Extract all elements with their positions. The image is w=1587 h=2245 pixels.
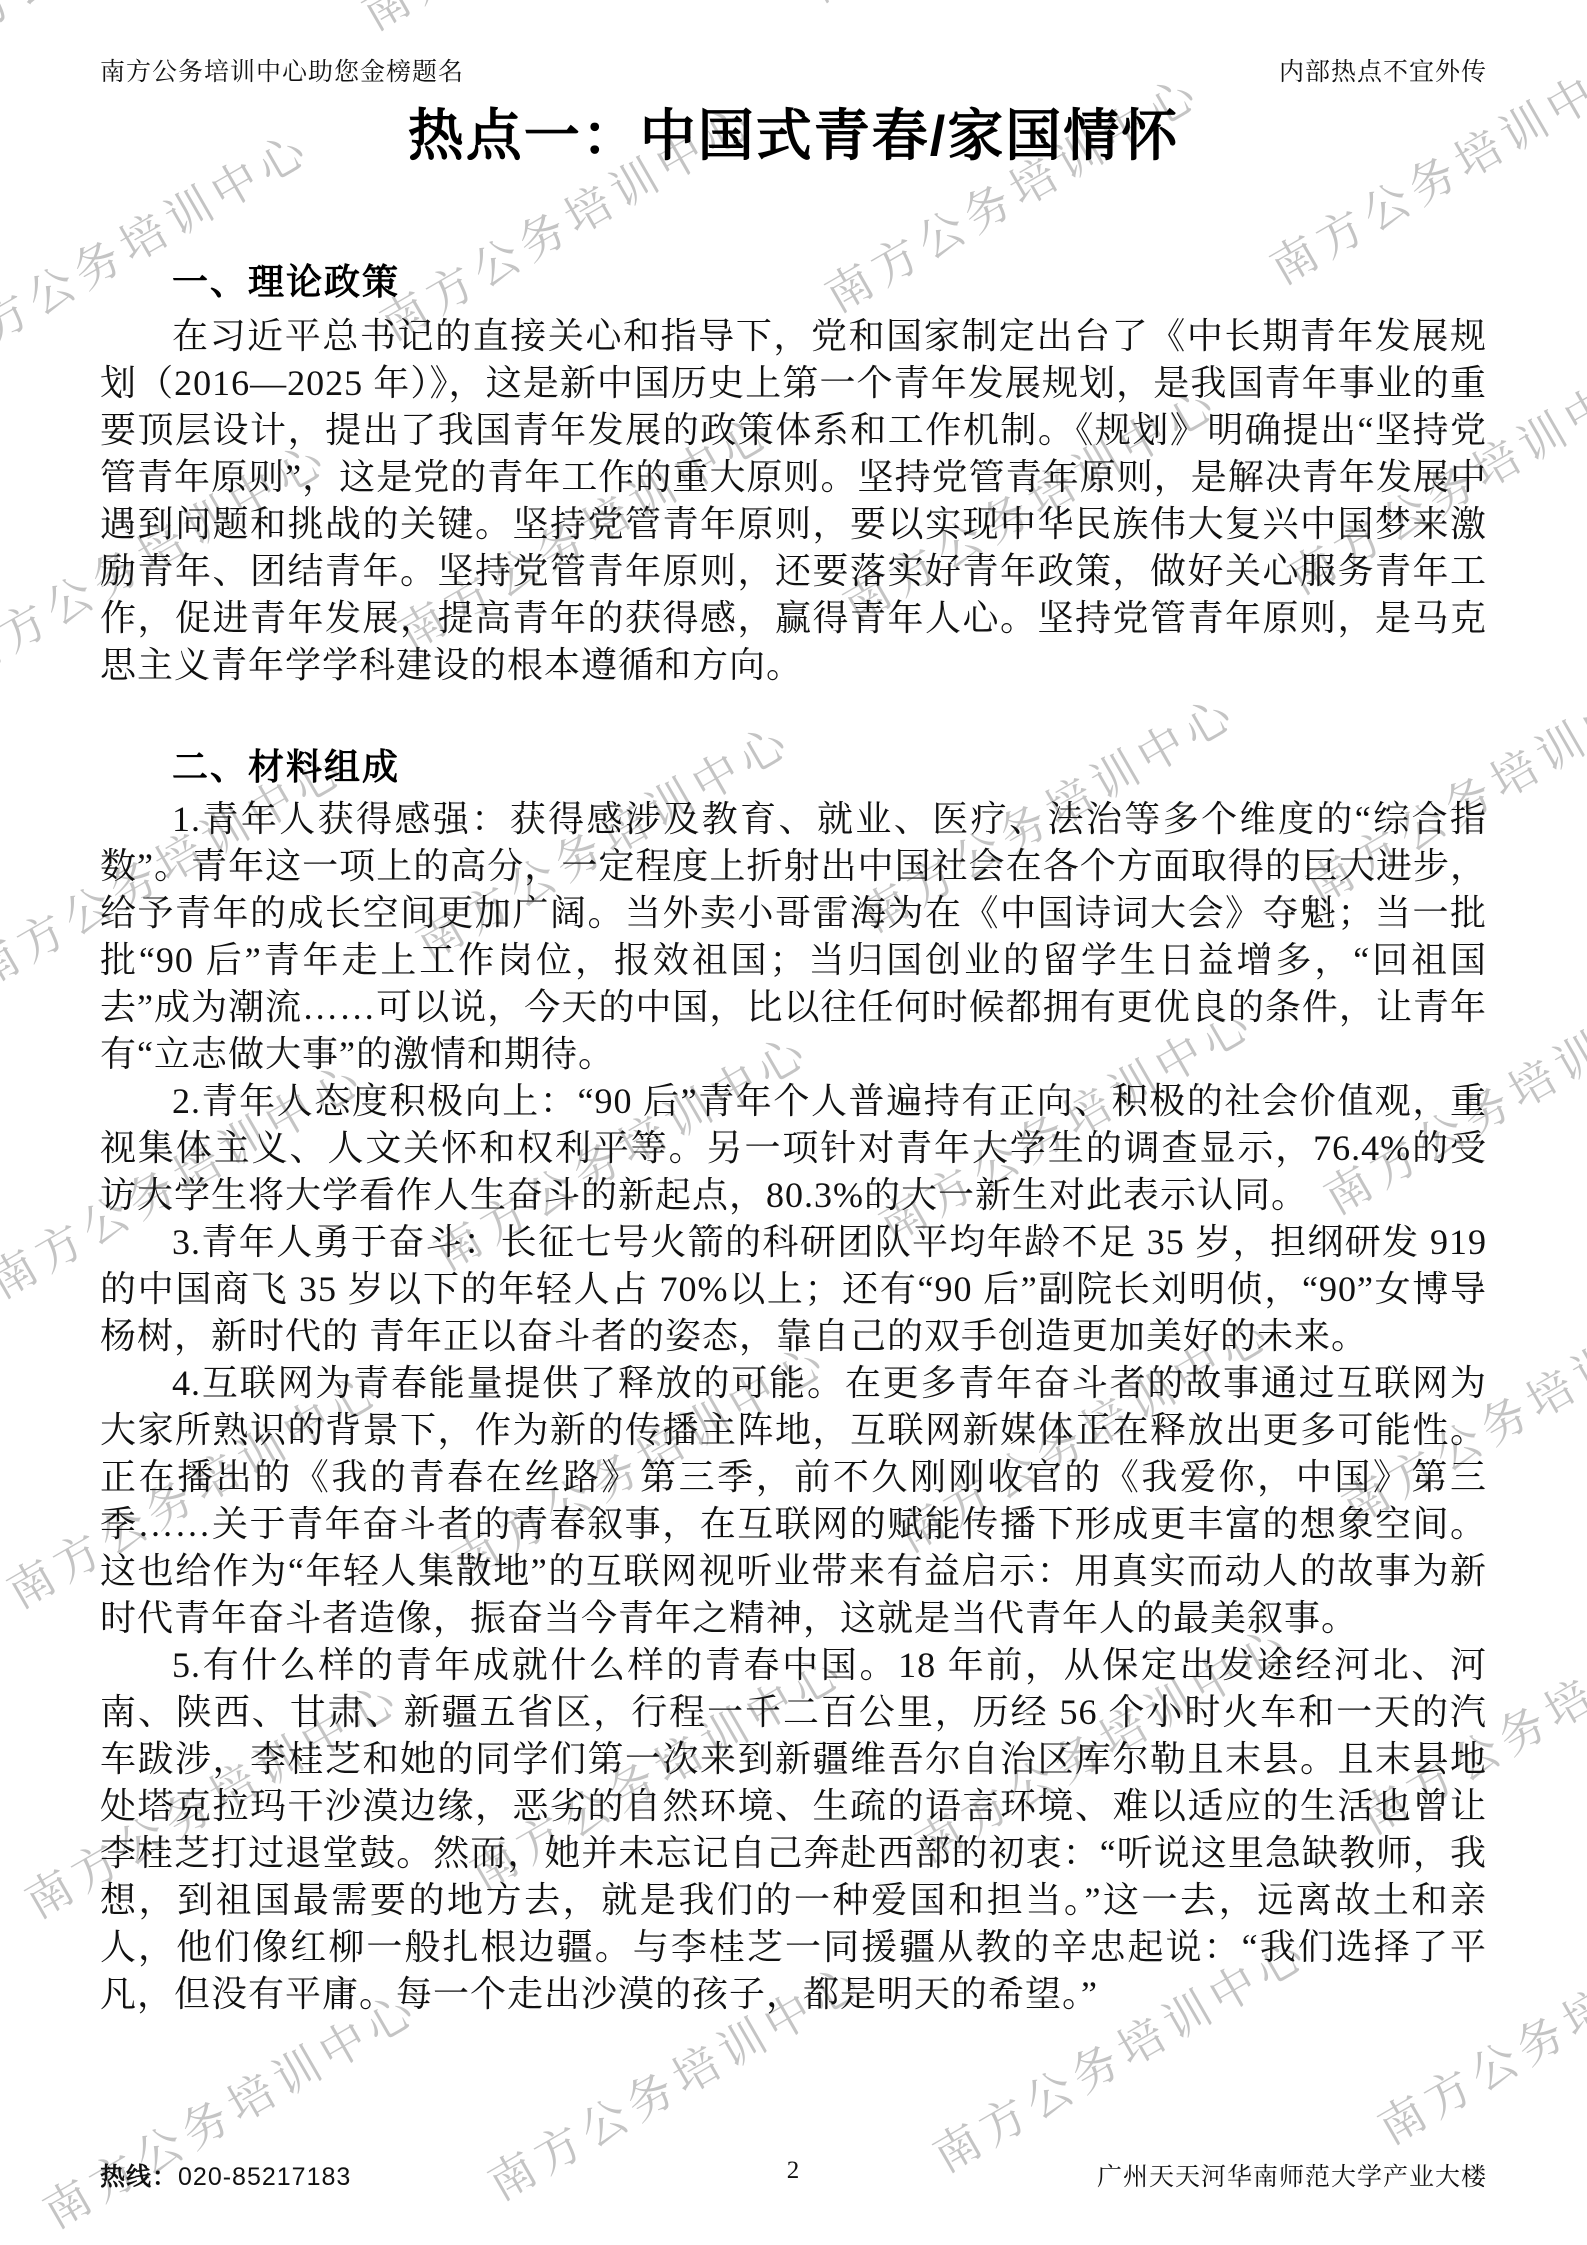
header-slogan-left: 南方公务培训中心助您金榜题名 xyxy=(100,52,464,88)
material-item-3: 3.青年人勇于奋斗：长征七号火箭的科研团队平均年龄不足 35 岁，担纲研发 91… xyxy=(100,1219,1487,1360)
footer-page-number: 2 xyxy=(100,2157,1487,2185)
material-item-4: 4.互联网为青春能量提供了释放的可能。在更多青年奋斗者的故事通过互联网为大家所熟… xyxy=(100,1360,1487,1642)
section-heading-material-composition: 二、材料组成 xyxy=(100,743,1487,790)
document-header: 南方公务培训中心助您金榜题名 内部热点不宜外传 xyxy=(100,0,1487,88)
document-content: 南方公务培训中心助您金榜题名 内部热点不宜外传 热点一：中国式青春/家国情怀 一… xyxy=(0,0,1587,2018)
material-item-1: 1.青年人获得感强：获得感涉及教育、就业、医疗、法治等多个维度的“综合指数”。青… xyxy=(100,796,1487,1078)
document-footer: 热线：020-85217183 2 广州天天河华南师范大学产业大楼 xyxy=(100,2157,1487,2193)
material-item-2: 2.青年人态度积极向上：“90 后”青年个人普遍持有正向、积极的社会价值观，重视… xyxy=(100,1078,1487,1219)
material-item-5: 5.有什么样的青年成就什么样的青春中国。18 年前，从保定出发途经河北、河南、陕… xyxy=(100,1642,1487,2018)
page-title: 热点一：中国式青春/家国情怀 xyxy=(100,100,1487,172)
document-page: 南方公务培训中心南方公务培训中心南方公务培训中心南方公务培训中心南方公务培训中心… xyxy=(0,0,1587,2245)
section-heading-theory-policy: 一、理论政策 xyxy=(100,258,1487,305)
paragraph-theory-policy: 在习近平总书记的直接关心和指导下，党和国家制定出台了《中长期青年发展规划（201… xyxy=(100,313,1487,689)
header-notice-right: 内部热点不宜外传 xyxy=(1279,52,1487,88)
